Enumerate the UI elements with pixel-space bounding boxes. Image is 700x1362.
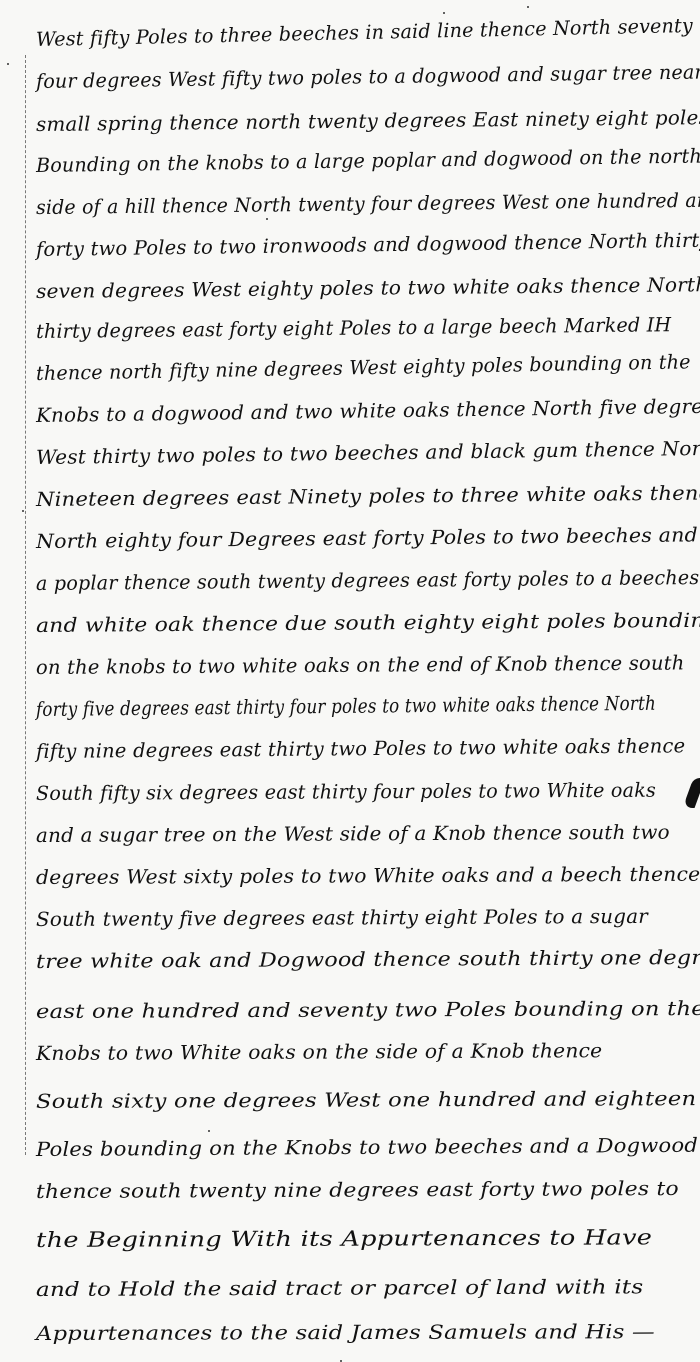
deed-line-6: forty two Poles to two ironwoods and dog… — [36, 229, 700, 261]
speck — [266, 218, 268, 220]
deed-line-9: thence north fifty nine degrees West eig… — [36, 350, 691, 385]
deed-line-11: West thirty two poles to two beeches and… — [36, 437, 700, 469]
deed-line-30: and to Hold the said tract or parcel of … — [36, 1275, 644, 1301]
deed-line-19: South fifty six degrees east thirty four… — [36, 779, 656, 805]
deed-line-17: forty five degrees east thirty four pole… — [36, 692, 656, 721]
deed-line-21: degrees West sixty poles to two White oa… — [36, 863, 700, 889]
deed-line-7: seven degrees West eighty poles to two w… — [36, 273, 700, 303]
deed-line-27: Poles bounding on the Knobs to two beech… — [36, 1134, 698, 1161]
deed-line-5: side of a hill thence North twenty four … — [36, 189, 700, 219]
deed-line-31: Appurtenances to the said James Samuels … — [36, 1320, 655, 1345]
deed-line-14: a poplar thence south twenty degrees eas… — [36, 566, 700, 595]
deed-line-10: Knobs to a dogwood and two white oaks th… — [36, 395, 700, 427]
deed-line-16: on the knobs to two white oaks on the en… — [36, 651, 685, 679]
deed-line-24: east one hundred and seventy two Poles b… — [36, 997, 700, 1023]
speck — [22, 510, 24, 512]
deed-line-12: Nineteen degrees east Ninety poles to th… — [36, 481, 700, 511]
deed-line-3: small spring thence north twenty degrees… — [36, 106, 700, 136]
document-page: West fifty Poles to three beeches in sai… — [0, 0, 700, 1362]
deed-line-20: and a sugar tree on the West side of a K… — [36, 821, 670, 847]
deed-line-18: fifty nine degrees east thirty two Poles… — [36, 734, 685, 763]
deed-line-15: and white oak thence due south eighty ei… — [36, 609, 700, 637]
deed-line-26: South sixty one degrees West one hundred… — [36, 1087, 696, 1113]
deed-line-13: North eighty four Degrees east forty Pol… — [36, 523, 698, 553]
speck — [208, 1130, 210, 1132]
deed-line-8: thirty degrees east forty eight Poles to… — [36, 313, 672, 343]
deed-line-23: tree white oak and Dogwood thence south … — [36, 946, 700, 973]
deed-line-4: Bounding on the knobs to a large poplar … — [36, 145, 700, 177]
deed-line-2: four degrees West fifty two poles to a d… — [36, 60, 700, 93]
deed-line-22: South twenty five degrees east thirty ei… — [36, 905, 648, 931]
speck — [7, 63, 9, 65]
speck — [527, 6, 529, 8]
deed-line-29: the Beginning With its Appurtenances to … — [36, 1225, 652, 1252]
deed-line-28: thence south twenty nine degrees east fo… — [36, 1177, 679, 1203]
deed-line-25: Knobs to two White oaks on the side of a… — [36, 1039, 602, 1065]
left-margin-rule — [25, 55, 26, 1155]
ink-mark — [683, 778, 700, 808]
deed-line-1: West fifty Poles to three beeches in sai… — [36, 14, 693, 51]
speck — [443, 12, 445, 14]
